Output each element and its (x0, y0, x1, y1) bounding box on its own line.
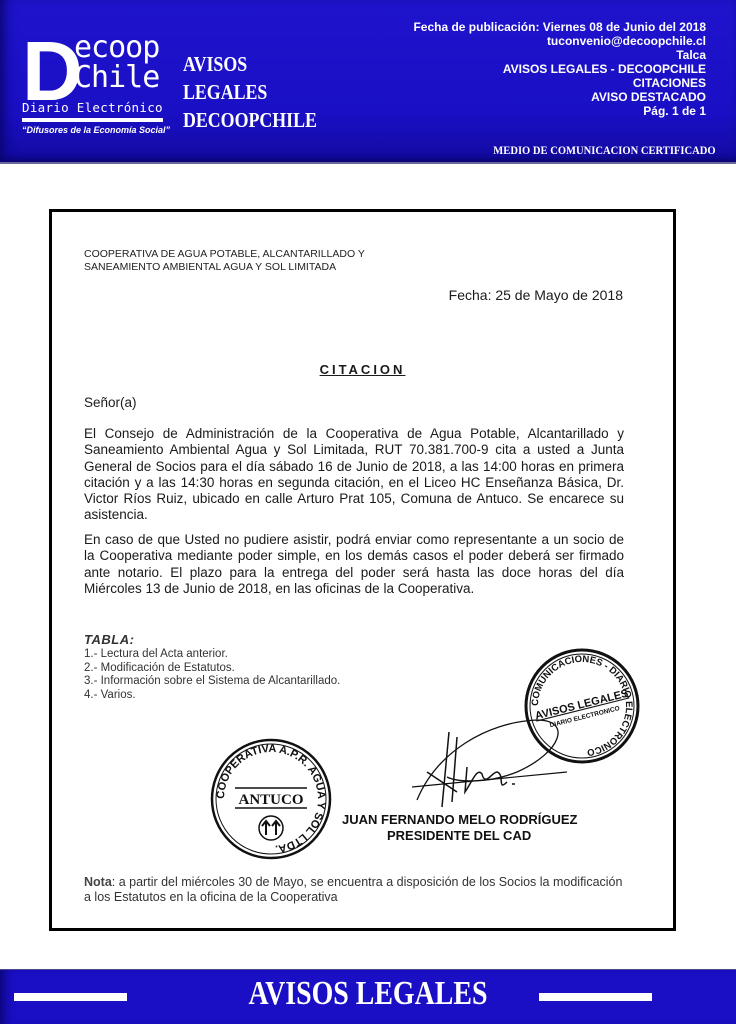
section-name: AVISOS LEGALES - DECOOPCHILE (413, 62, 706, 76)
note-label: Nota (84, 875, 112, 889)
agenda-item: 4.- Varios. (84, 689, 340, 703)
paragraph-convocation: El Consejo de Administración de la Coope… (84, 426, 624, 524)
logo-subtitle: Diario Electrónico (22, 100, 163, 115)
agenda-item: 3.- Información sobre el Sistema de Alca… (84, 675, 340, 689)
agenda-item: 2.- Modificación de Estatutos. (84, 662, 340, 676)
header-title-line: LEGALES (183, 78, 317, 106)
header-banner: D ecoop Chile Diario Electrónico “Difuso… (0, 0, 736, 164)
agenda-title: TABLA: (84, 632, 134, 647)
notice-type: AVISO DESTACADO (413, 90, 706, 104)
agenda-item: 1.- Lectura del Acta anterior. (84, 648, 340, 662)
arrows-icon (259, 816, 283, 840)
publication-meta: Fecha de publicación: Viernes 08 de Juni… (413, 20, 706, 118)
footer-banner: AVISOS LEGALES (0, 969, 736, 1024)
signer-role: PRESIDENTE DEL CAD (387, 828, 531, 843)
organization-name: COOPERATIVA DE AGUA POTABLE, ALCANTARILL… (84, 248, 365, 274)
decoopchile-logo[interactable]: D ecoop Chile Diario Electrónico “Difuso… (22, 30, 170, 138)
publication-date: Fecha de publicación: Viernes 08 de Juni… (413, 20, 706, 34)
signer-name: JUAN FERNANDO MELO RODRÍGUEZ (342, 812, 577, 827)
signature-scribble (397, 712, 577, 812)
header-title-line: DECOOPCHILE (183, 106, 317, 134)
category: CITACIONES (413, 76, 706, 90)
document-date: Fecha: 25 de Mayo de 2018 (449, 287, 623, 303)
footer-divider-right (539, 993, 652, 1001)
logo-tagline: “Difusores de la Economía Social” (22, 125, 170, 135)
logo-line2: Chile (74, 62, 159, 94)
contact-email[interactable]: tuconvenio@decoopchile.cl (413, 34, 706, 48)
salutation: Señor(a) (84, 395, 137, 410)
header-section-title: AVISOS LEGALES DECOOPCHILE (183, 50, 317, 134)
logo-divider (22, 118, 163, 122)
page-indicator: Pág. 1 de 1 (413, 104, 706, 118)
city: Talca (413, 48, 706, 62)
certified-label: MEDIO DE COMUNICACION CERTIFICADO (494, 143, 716, 158)
org-line: SANEAMIENTO AMBIENTAL AGUA Y SOL LIMITAD… (84, 261, 365, 274)
paragraph-representation: En caso de que Usted no pudiere asistir,… (84, 532, 624, 597)
note-text: : a partir del miércoles 30 de Mayo, se … (84, 875, 622, 904)
agenda-list: 1.- Lectura del Acta anterior. 2.- Modif… (84, 648, 340, 702)
citation-document: COOPERATIVA DE AGUA POTABLE, ALCANTARILL… (49, 209, 676, 931)
document-title: CITACION (52, 362, 673, 377)
cooperative-stamp: COOPERATIVA A.P.R. AGUA Y SOL LTDA. ANTU… (208, 736, 334, 862)
org-line: COOPERATIVA DE AGUA POTABLE, ALCANTARILL… (84, 248, 365, 261)
stamp-center-text: ANTUCO (238, 792, 303, 808)
header-title-line: AVISOS (183, 50, 317, 78)
note: Nota: a partir del miércoles 30 de Mayo,… (84, 875, 624, 905)
